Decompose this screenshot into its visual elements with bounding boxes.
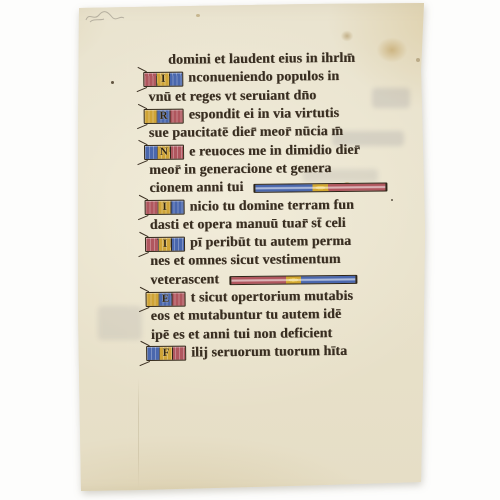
stain-spot: [196, 14, 200, 17]
pencil-scribble-icon: [84, 9, 126, 25]
line-filler-bar: [253, 183, 387, 193]
manuscript-line: Filij seruorum tuorum hīta: [151, 342, 431, 363]
illuminated-initial: E: [146, 291, 186, 306]
manuscript-line-text: ipē es et anni tui non deficient: [151, 326, 332, 344]
manuscript-line-text: eos et mutabuntur tu autem idē: [151, 307, 342, 325]
illuminated-initial: I: [143, 72, 183, 87]
show-through-ghost: [98, 306, 142, 340]
manuscript-line-text: t sicut opertorium mutabis: [191, 289, 354, 307]
manuscript-line-text: dasti et opera manuū tuar̄ st̄ celi: [150, 216, 346, 234]
manuscript-line-text: veterascent: [150, 272, 219, 289]
manuscript-line-text: espondit ei in via virtutis: [189, 106, 340, 124]
illuminated-initial: N: [144, 145, 184, 160]
manuscript-line-text: pī peribūt tu autem perma: [190, 234, 351, 252]
manuscript-photo: domini et laudent eius in ihrlm̄Inconuen…: [0, 0, 500, 500]
line-filler-bar: [229, 275, 357, 285]
manuscript-line-text: nconueniendo populos in: [188, 69, 339, 87]
illuminated-initial: F: [146, 346, 186, 361]
vellum-crease: [138, 378, 139, 488]
manuscript-line-text: vnū et reges vt seruiant dn̄o: [148, 88, 316, 106]
illuminated-initial: I: [145, 200, 185, 215]
manuscript-line-text: nicio tu domine terram fun: [190, 197, 355, 215]
manuscript-line-text: meor̄ in generacione et genera: [149, 161, 331, 179]
leaf-shadow: domini et laudent eius in ihrlm̄Inconuen…: [0, 0, 500, 500]
illuminated-initial: I: [145, 236, 185, 251]
manuscript-line-text: e reuoces me in dimidio dier̄: [189, 142, 360, 160]
manuscript-line-text: domini et laudent eius in ihrlm̄: [168, 51, 355, 69]
manuscript-line-text: nes et omnes sicut vestimentum: [150, 252, 341, 270]
manuscript-line-text: sue paucitatē dier̄ meor̄ nūcia m̄: [149, 124, 343, 142]
vellum-leaf: domini et laudent eius in ihrlm̄Inconuen…: [0, 0, 500, 500]
manuscript-line-text: cionem anni tui: [149, 180, 243, 197]
illuminated-initial: R: [144, 108, 184, 123]
ink-speck: [111, 81, 114, 84]
text-block: domini et laudent eius in ihrlm̄Inconuen…: [148, 49, 431, 363]
manuscript-line-text: ilij seruorum tuorum hīta: [191, 344, 347, 362]
